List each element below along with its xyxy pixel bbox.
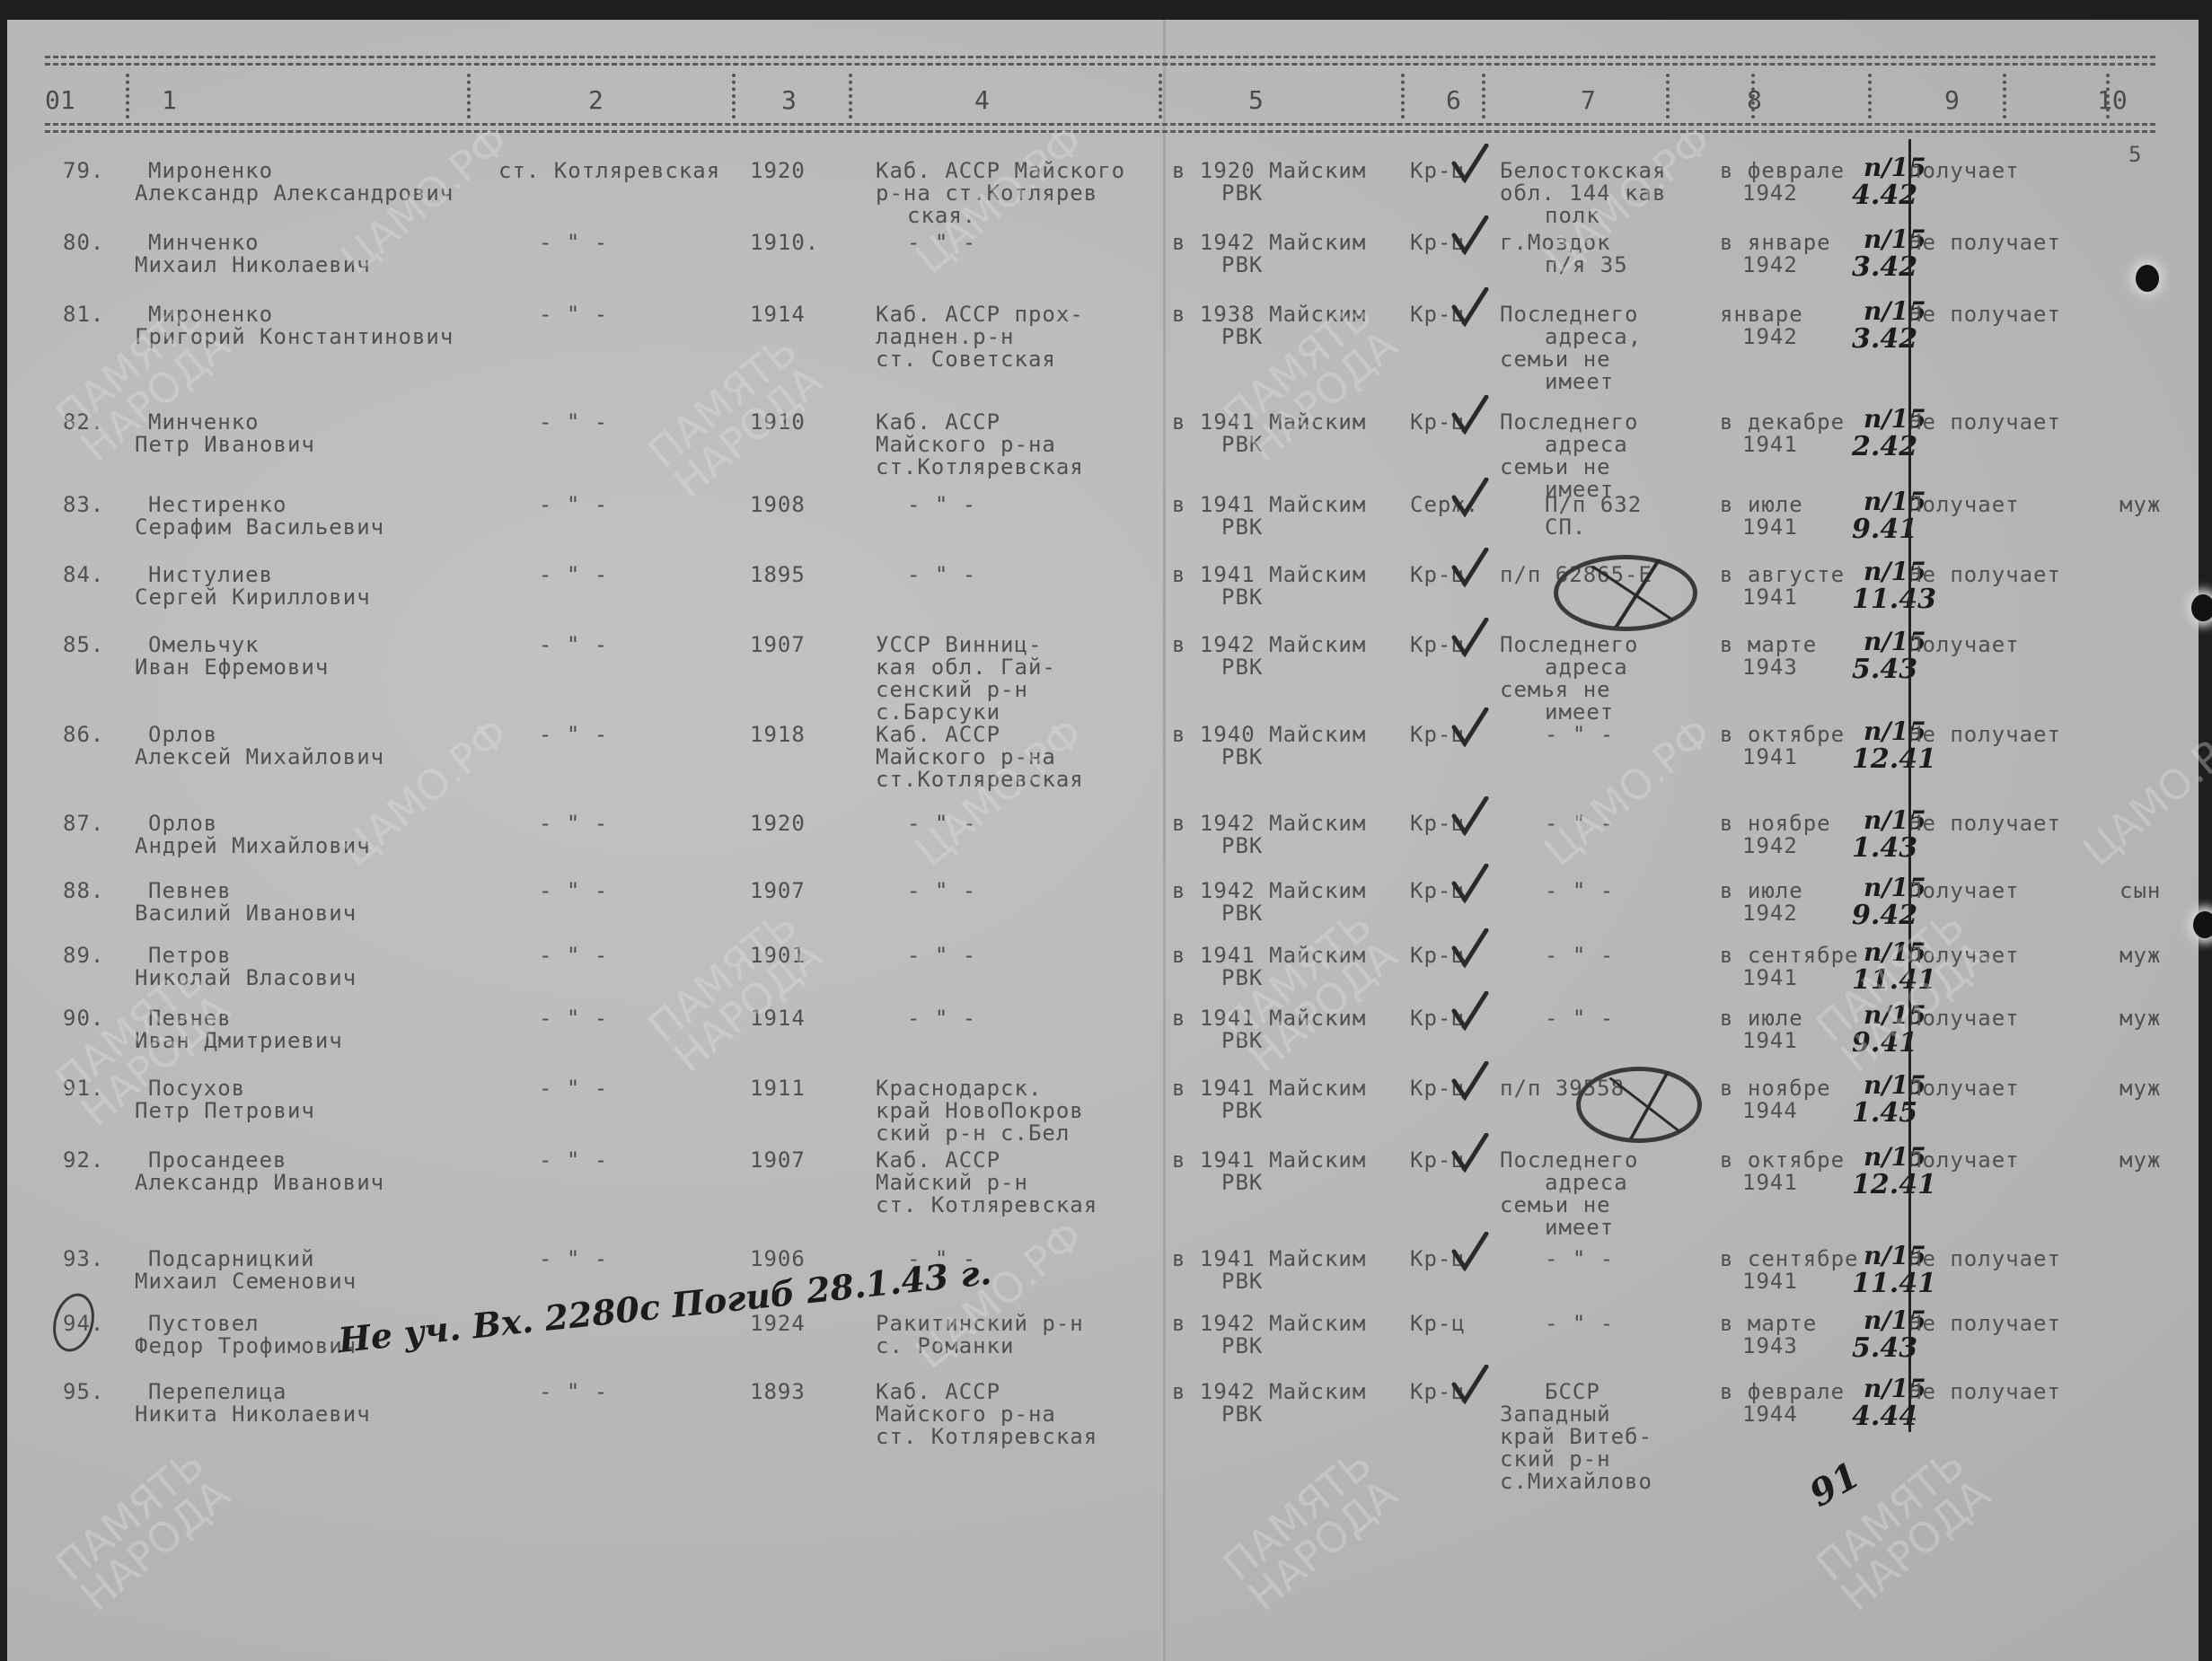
pension-status: Не получает bbox=[1908, 1313, 2061, 1335]
called-up-by: в 1941 Майским bbox=[1172, 564, 1366, 586]
birth-year: 1908 bbox=[750, 494, 806, 516]
header-rule-bottom bbox=[45, 123, 2155, 126]
given-names: Василий Иванович bbox=[135, 902, 357, 925]
called-up-by: РВК bbox=[1221, 1335, 1263, 1358]
pension-status: Получает bbox=[1908, 1149, 2020, 1172]
unit-or-note: г.Моздок bbox=[1500, 232, 1611, 254]
home-address: - " - bbox=[907, 945, 976, 967]
unit-or-note: БССР bbox=[1545, 1381, 1600, 1403]
column-header-9: 9 bbox=[1944, 85, 1960, 115]
birthplace: - " - bbox=[539, 494, 608, 516]
unit-or-note: адреса bbox=[1545, 1172, 1628, 1194]
given-names: Сергей Кириллович bbox=[135, 586, 371, 609]
pension-status: Получает bbox=[1908, 634, 2020, 656]
given-names: Никита Николаевич bbox=[135, 1403, 371, 1426]
pension-status: Не получает bbox=[1908, 1248, 2061, 1270]
handwritten-date: 12.41 bbox=[1852, 1169, 1936, 1200]
rank: Кр-ц bbox=[1410, 1313, 1466, 1335]
pension-status: Получает bbox=[1908, 1077, 2020, 1100]
unit-or-note: семьи не bbox=[1500, 348, 1611, 371]
home-address: - " - bbox=[907, 232, 976, 254]
missing-year: 1942 bbox=[1742, 326, 1798, 348]
missing-month: в октябре bbox=[1720, 1149, 1845, 1172]
home-address: Майского р-на bbox=[876, 746, 1056, 769]
called-up-by: РВК bbox=[1221, 1403, 1263, 1426]
missing-month: в марте bbox=[1720, 634, 1817, 656]
missing-year: 1941 bbox=[1742, 516, 1798, 539]
called-up-by: в 1941 Майским bbox=[1172, 1248, 1366, 1270]
column-divider bbox=[1401, 74, 1405, 119]
check-mark-icon bbox=[1450, 395, 1490, 435]
called-up-by: РВК bbox=[1221, 746, 1263, 769]
given-names: Петр Иванович bbox=[135, 434, 315, 456]
row-number: 80. bbox=[63, 232, 104, 254]
home-address: Майский р-н bbox=[876, 1172, 1028, 1194]
unit-or-note: семьи не bbox=[1500, 1194, 1611, 1217]
check-mark-icon bbox=[1450, 1365, 1490, 1404]
called-up-by: в 1941 Майским bbox=[1172, 411, 1366, 434]
pension-status: Получает bbox=[1908, 1007, 2020, 1030]
missing-month: в феврале bbox=[1720, 160, 1845, 182]
surname: Посухов bbox=[148, 1077, 245, 1100]
called-up-by: в 1941 Майским bbox=[1172, 1149, 1366, 1172]
called-up-by: в 1941 Майским bbox=[1172, 494, 1366, 516]
birth-year: 1918 bbox=[750, 724, 806, 746]
home-address: сенский р-н bbox=[876, 679, 1028, 701]
called-up-by: РВК bbox=[1221, 902, 1263, 925]
relation: муж bbox=[2119, 1007, 2161, 1030]
home-address: Каб. АССР прох- bbox=[876, 303, 1084, 326]
called-up-by: РВК bbox=[1221, 1030, 1263, 1052]
called-up-by: в 1942 Майским bbox=[1172, 634, 1366, 656]
row-number: 85. bbox=[63, 634, 104, 656]
row-number: 91. bbox=[63, 1077, 104, 1100]
row-number: 82. bbox=[63, 411, 104, 434]
called-up-by: РВК bbox=[1221, 1270, 1263, 1293]
unit-or-note: - " - bbox=[1545, 1313, 1614, 1335]
called-up-by: в 1942 Майским bbox=[1172, 813, 1366, 835]
home-address: Майского р-на bbox=[876, 434, 1056, 456]
surname: Минченко bbox=[148, 232, 260, 254]
missing-month: в сентябре bbox=[1720, 945, 1859, 967]
column-divider bbox=[1482, 74, 1485, 119]
home-address: с. Романки bbox=[876, 1335, 1015, 1358]
called-up-by: РВК bbox=[1221, 656, 1263, 679]
surname: Нистулиев bbox=[148, 564, 273, 586]
check-mark-icon bbox=[1450, 796, 1490, 836]
missing-month: в марте bbox=[1720, 1313, 1817, 1335]
called-up-by: РВК bbox=[1221, 326, 1263, 348]
relation: сын bbox=[2119, 880, 2161, 902]
called-up-by: в 1940 Майским bbox=[1172, 724, 1366, 746]
unit-or-note: - " - bbox=[1545, 945, 1614, 967]
column-header-5: 5 bbox=[1248, 85, 1264, 115]
missing-year: 1942 bbox=[1742, 254, 1798, 277]
row-number: 86. bbox=[63, 724, 104, 746]
unit-or-note: ский р-н bbox=[1500, 1448, 1611, 1471]
called-up-by: в 1941 Майским bbox=[1172, 945, 1366, 967]
handwritten-date: 11.43 bbox=[1852, 584, 1936, 615]
column-divider bbox=[1666, 74, 1670, 119]
paper-hole bbox=[2191, 594, 2212, 621]
home-address: р-на ст.Котлярев bbox=[876, 182, 1097, 205]
row-number: 81. bbox=[63, 303, 104, 326]
missing-year: 1944 bbox=[1742, 1403, 1798, 1426]
missing-year: 1941 bbox=[1742, 1030, 1798, 1052]
missing-year: 1942 bbox=[1742, 182, 1798, 205]
pension-status: Получает bbox=[1908, 945, 2020, 967]
unit-or-note: семья не bbox=[1500, 679, 1611, 701]
birthplace: - " - bbox=[539, 1077, 608, 1100]
unit-or-note: - " - bbox=[1545, 1248, 1614, 1270]
called-up-by: РВК bbox=[1221, 434, 1263, 456]
called-up-by: РВК bbox=[1221, 1100, 1263, 1122]
column-divider bbox=[1159, 74, 1162, 119]
home-address: Майского р-на bbox=[876, 1403, 1056, 1426]
missing-year: 1941 bbox=[1742, 586, 1798, 609]
birthplace: - " - bbox=[539, 634, 608, 656]
called-up-by: в 1941 Майским bbox=[1172, 1007, 1366, 1030]
column-header-3: 3 bbox=[781, 85, 797, 115]
pension-status: Не получает bbox=[1908, 232, 2061, 254]
surname: Мироненко bbox=[148, 160, 273, 182]
pension-status: Не получает bbox=[1908, 564, 2061, 586]
given-names: Григорий Константинович bbox=[135, 326, 454, 348]
birth-year: 1914 bbox=[750, 303, 806, 326]
relation: муж bbox=[2119, 494, 2161, 516]
missing-year: 1941 bbox=[1742, 967, 1798, 989]
unit-or-note: обл. 144 кав bbox=[1500, 182, 1666, 205]
pension-status: Не получает bbox=[1908, 1381, 2061, 1403]
surname: Орлов bbox=[148, 724, 217, 746]
birthplace: - " - bbox=[539, 880, 608, 902]
home-address: - " - bbox=[907, 494, 976, 516]
surname: Петров bbox=[148, 945, 232, 967]
given-names: Иван Дмитриевич bbox=[135, 1030, 343, 1052]
unit-or-note: П/п 632 bbox=[1545, 494, 1642, 516]
home-address: - " - bbox=[907, 813, 976, 835]
check-mark-icon bbox=[1450, 1133, 1490, 1173]
check-mark-icon bbox=[1450, 707, 1490, 747]
home-address: Краснодарск. bbox=[876, 1077, 1042, 1100]
pension-status: Не получает bbox=[1908, 411, 2061, 434]
unit-or-note: адреса bbox=[1545, 434, 1628, 456]
home-address: - " - bbox=[907, 564, 976, 586]
unit-or-note: - " - bbox=[1545, 813, 1614, 835]
surname: Подсарницкий bbox=[148, 1248, 314, 1270]
birth-year: 1901 bbox=[750, 945, 806, 967]
check-mark-icon bbox=[1450, 548, 1490, 587]
crossed-out-oval bbox=[1576, 1067, 1702, 1143]
row-number: 83. bbox=[63, 494, 104, 516]
unit-or-note: Западный bbox=[1500, 1403, 1611, 1426]
given-names: Андрей Михайлович bbox=[135, 835, 371, 857]
birth-year: 1920 bbox=[750, 813, 806, 835]
pension-status: Не получает bbox=[1908, 724, 2061, 746]
birthplace: - " - bbox=[539, 1248, 608, 1270]
birth-year: 1914 bbox=[750, 1007, 806, 1030]
unit-or-note: имеет bbox=[1545, 371, 1614, 393]
corner-mark: 5 bbox=[2128, 144, 2142, 166]
birthplace: - " - bbox=[539, 411, 608, 434]
relation: муж bbox=[2119, 945, 2161, 967]
unit-or-note: Белостокская bbox=[1500, 160, 1666, 182]
home-address: Каб. АССР bbox=[876, 1149, 1000, 1172]
home-address: край НовоПокров bbox=[876, 1100, 1084, 1122]
home-address: Каб. АССР bbox=[876, 1381, 1000, 1403]
given-names: Александр Александрович bbox=[135, 182, 454, 205]
unit-or-note: адреса, bbox=[1545, 326, 1642, 348]
crossed-out-oval bbox=[1554, 555, 1697, 631]
row-number: 95. bbox=[63, 1381, 104, 1403]
check-mark-icon bbox=[1450, 1061, 1490, 1101]
column-header-7: 7 bbox=[1581, 85, 1596, 115]
pension-status: получает bbox=[1908, 160, 2020, 182]
birth-year: 1907 bbox=[750, 1149, 806, 1172]
home-address: УССР Винниц- bbox=[876, 634, 1042, 656]
column-header-4: 4 bbox=[974, 85, 990, 115]
column-divider bbox=[2106, 74, 2110, 119]
home-address: кая обл. Гай- bbox=[876, 656, 1056, 679]
surname: Нестиренко bbox=[148, 494, 287, 516]
missing-year: 1941 bbox=[1742, 1270, 1798, 1293]
birthplace: - " - bbox=[539, 945, 608, 967]
surname: Перепелица bbox=[148, 1381, 287, 1403]
birthplace: - " - bbox=[539, 303, 608, 326]
birth-year: 1910 bbox=[750, 411, 806, 434]
handwritten-bracket-line bbox=[1908, 139, 1911, 1432]
missing-month: в ноябре bbox=[1720, 813, 1831, 835]
given-names: Серафим Васильевич bbox=[135, 516, 384, 539]
check-mark-icon bbox=[1450, 144, 1490, 183]
home-address: ст.Котляревская bbox=[876, 456, 1084, 479]
surname: Певнев bbox=[148, 880, 232, 902]
column-header-1: 1 bbox=[162, 85, 177, 115]
pension-status: Получает bbox=[1908, 494, 2020, 516]
birthplace: - " - bbox=[539, 1149, 608, 1172]
home-address: Ракитинский р-н bbox=[876, 1313, 1084, 1335]
given-names: Петр Петрович bbox=[135, 1100, 315, 1122]
surname: Орлов bbox=[148, 813, 217, 835]
home-address: ст.Котляревская bbox=[876, 769, 1084, 791]
unit-or-note: адреса bbox=[1545, 656, 1628, 679]
missing-year: 1941 bbox=[1742, 434, 1798, 456]
unit-or-note: край Витеб- bbox=[1500, 1426, 1652, 1448]
column-header-6: 6 bbox=[1446, 85, 1461, 115]
unit-or-note: Последнего bbox=[1500, 1149, 1639, 1172]
given-names: Иван Ефремович bbox=[135, 656, 329, 679]
unit-or-note: Последнего bbox=[1500, 303, 1639, 326]
called-up-by: в 1942 Майским bbox=[1172, 1313, 1366, 1335]
given-names: Федор Трофимович bbox=[135, 1335, 357, 1358]
missing-year: 1942 bbox=[1742, 835, 1798, 857]
unit-or-note: имеет bbox=[1545, 701, 1614, 724]
birth-year: 1907 bbox=[750, 634, 806, 656]
called-up-by: РВК bbox=[1221, 182, 1263, 205]
header-rule-bottom-2 bbox=[45, 130, 2155, 133]
birth-year: 1911 bbox=[750, 1077, 806, 1100]
home-address: Каб. АССР Майского bbox=[876, 160, 1125, 182]
surname: Омельчук bbox=[148, 634, 260, 656]
home-address: ст. Котляревская bbox=[876, 1194, 1097, 1217]
home-address: ский р-н с.Бел bbox=[876, 1122, 1070, 1145]
missing-month: январе bbox=[1720, 303, 1803, 326]
birth-year: 1910. bbox=[750, 232, 819, 254]
row-number: 89. bbox=[63, 945, 104, 967]
check-mark-icon bbox=[1450, 287, 1490, 327]
called-up-by: РВК bbox=[1221, 835, 1263, 857]
birth-year: 1907 bbox=[750, 880, 806, 902]
birthplace: - " - bbox=[539, 232, 608, 254]
missing-month: в январе bbox=[1720, 232, 1831, 254]
check-mark-icon bbox=[1450, 618, 1490, 657]
column-divider bbox=[126, 74, 129, 119]
row-number: 93. bbox=[63, 1248, 104, 1270]
birth-year: 1906 bbox=[750, 1248, 806, 1270]
missing-year: 1941 bbox=[1742, 746, 1798, 769]
birth-year: 1893 bbox=[750, 1381, 806, 1403]
pension-status: Не получает bbox=[1908, 813, 2061, 835]
called-up-by: РВК bbox=[1221, 967, 1263, 989]
handwritten-date: 11.41 bbox=[1852, 964, 1936, 996]
row-number: 90. bbox=[63, 1007, 104, 1030]
birthplace: - " - bbox=[539, 1381, 608, 1403]
surname: Просандеев bbox=[148, 1149, 287, 1172]
page-fold bbox=[1163, 20, 1166, 1661]
missing-month: в феврале bbox=[1720, 1381, 1845, 1403]
check-mark-icon bbox=[1450, 215, 1490, 255]
home-address: Каб. АССР bbox=[876, 411, 1000, 434]
birth-year: 1920 bbox=[750, 160, 806, 182]
unit-or-note: Последнего bbox=[1500, 411, 1639, 434]
paper-hole bbox=[2136, 265, 2159, 292]
birth-year: 1895 bbox=[750, 564, 806, 586]
row-number: 88. bbox=[63, 880, 104, 902]
called-up-by: в 1941 Майским bbox=[1172, 1077, 1366, 1100]
unit-or-note: п/я 35 bbox=[1545, 254, 1628, 277]
unit-or-note: полк bbox=[1545, 205, 1600, 227]
birthplace: - " - bbox=[539, 1007, 608, 1030]
missing-month: в июле bbox=[1720, 494, 1803, 516]
check-mark-icon bbox=[1450, 864, 1490, 903]
row-number: 87. bbox=[63, 813, 104, 835]
called-up-by: РВК bbox=[1221, 254, 1263, 277]
column-divider bbox=[849, 74, 852, 119]
column-header-10: 10 bbox=[2097, 85, 2128, 115]
called-up-by: РВК bbox=[1221, 1172, 1263, 1194]
column-divider bbox=[2003, 74, 2006, 119]
home-address: ст. Котляревская bbox=[876, 1426, 1097, 1448]
header-rule-top bbox=[45, 56, 2155, 58]
row-number: 92. bbox=[63, 1149, 104, 1172]
given-names: Николай Власович bbox=[135, 967, 357, 989]
called-up-by: РВК bbox=[1221, 516, 1263, 539]
unit-or-note: СП. bbox=[1545, 516, 1586, 539]
missing-year: 1943 bbox=[1742, 1335, 1798, 1358]
birthplace: - " - bbox=[539, 724, 608, 746]
column-header-01: 01 bbox=[45, 85, 75, 115]
missing-year: 1941 bbox=[1742, 1172, 1798, 1194]
surname: Минченко bbox=[148, 411, 260, 434]
surname: Пустовел bbox=[148, 1313, 260, 1335]
given-names: Александр Иванович bbox=[135, 1172, 384, 1194]
home-address: ская. bbox=[907, 205, 976, 227]
home-address: с.Барсуки bbox=[876, 701, 1000, 724]
birthplace: ст. Котляревская bbox=[498, 160, 720, 182]
column-header-2: 2 bbox=[588, 85, 604, 115]
given-names: Михаил Николаевич bbox=[135, 254, 371, 277]
check-mark-icon bbox=[1450, 991, 1490, 1031]
relation: муж bbox=[2119, 1077, 2161, 1100]
given-names: Михаил Семенович bbox=[135, 1270, 357, 1293]
called-up-by: в 1942 Майским bbox=[1172, 1381, 1366, 1403]
column-divider bbox=[732, 74, 736, 119]
check-mark-icon bbox=[1450, 478, 1490, 517]
missing-year: 1942 bbox=[1742, 902, 1798, 925]
called-up-by: в 1920 Майским bbox=[1172, 160, 1366, 182]
given-names: Алексей Михайлович bbox=[135, 746, 384, 769]
unit-or-note: - " - bbox=[1545, 880, 1614, 902]
birthplace: - " - bbox=[539, 813, 608, 835]
column-divider bbox=[467, 74, 471, 119]
called-up-by: в 1942 Майским bbox=[1172, 232, 1366, 254]
called-up-by: в 1942 Майским bbox=[1172, 880, 1366, 902]
relation: муж bbox=[2119, 1149, 2161, 1172]
paper-hole bbox=[2193, 911, 2212, 938]
surname: Мироненко bbox=[148, 303, 273, 326]
missing-month: в июле bbox=[1720, 1007, 1803, 1030]
unit-or-note: имеет bbox=[1545, 1217, 1614, 1239]
missing-year: 1944 bbox=[1742, 1100, 1798, 1122]
missing-year: 1943 bbox=[1742, 656, 1798, 679]
home-address: ст. Советская bbox=[876, 348, 1056, 371]
unit-or-note: с.Михайлово bbox=[1500, 1471, 1652, 1493]
surname: Певнев bbox=[148, 1007, 232, 1030]
home-address: - " - bbox=[907, 880, 976, 902]
check-mark-icon bbox=[1450, 1232, 1490, 1271]
called-up-by: РВК bbox=[1221, 586, 1263, 609]
missing-month: в ноябре bbox=[1720, 1077, 1831, 1100]
column-divider bbox=[1751, 74, 1755, 119]
home-address: Каб. АССР bbox=[876, 724, 1000, 746]
check-mark-icon bbox=[1450, 928, 1490, 968]
missing-month: в августе bbox=[1720, 564, 1845, 586]
missing-month: в сентябре bbox=[1720, 1248, 1859, 1270]
handwritten-date: 11.41 bbox=[1852, 1268, 1936, 1299]
column-divider bbox=[1868, 74, 1872, 119]
pension-status: Не получает bbox=[1908, 303, 2061, 326]
missing-month: в декабре bbox=[1720, 411, 1845, 434]
row-number: 84. bbox=[63, 564, 104, 586]
pension-status: Получает bbox=[1908, 880, 2020, 902]
unit-or-note: - " - bbox=[1545, 1007, 1614, 1030]
unit-or-note: - " - bbox=[1545, 724, 1614, 746]
called-up-by: в 1938 Майским bbox=[1172, 303, 1366, 326]
missing-month: в октябре bbox=[1720, 724, 1845, 746]
header-rule-top-2 bbox=[45, 63, 2155, 66]
handwritten-date: 12.41 bbox=[1852, 743, 1936, 775]
unit-or-note: Последнего bbox=[1500, 634, 1639, 656]
unit-or-note: семьи не bbox=[1500, 456, 1611, 479]
missing-month: в июле bbox=[1720, 880, 1803, 902]
row-number: 79. bbox=[63, 160, 104, 182]
birthplace: - " - bbox=[539, 564, 608, 586]
home-address: - " - bbox=[907, 1007, 976, 1030]
home-address: ладнен.р-н bbox=[876, 326, 1015, 348]
